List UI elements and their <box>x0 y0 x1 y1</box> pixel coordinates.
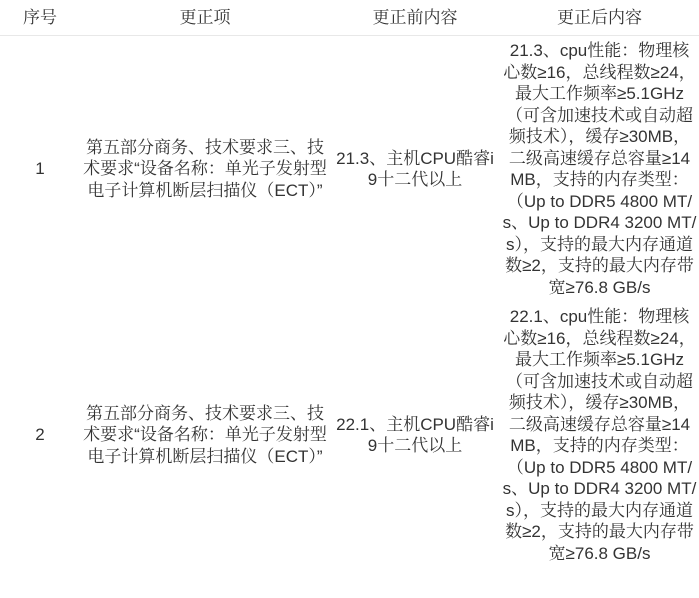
cell-content-before: 22.1、主机CPU酷睿i9十二代以上 <box>330 302 500 568</box>
cell-correction-item: 第五部分商务、技术要求三、技术要求“设备名称：单光子发射型电子计算机断层扫描仪（… <box>80 302 330 568</box>
cell-content-after: 22.1、cpu性能：物理核心数≥16，总线程数≥24，最大工作频率≥5.1GH… <box>500 302 699 568</box>
table-row: 1 第五部分商务、技术要求三、技术要求“设备名称：单光子发射型电子计算机断层扫描… <box>0 36 699 303</box>
cell-row-number: 2 <box>0 302 80 568</box>
cell-content-before: 21.3、主机CPU酷睿i9十二代以上 <box>330 36 500 303</box>
table-row: 2 第五部分商务、技术要求三、技术要求“设备名称：单光子发射型电子计算机断层扫描… <box>0 302 699 568</box>
column-header-content-after: 更正后内容 <box>500 0 699 36</box>
correction-table: 序号 更正项 更正前内容 更正后内容 1 第五部分商务、技术要求三、技术要求“设… <box>0 0 699 568</box>
column-header-correction-item: 更正项 <box>80 0 330 36</box>
cell-correction-item: 第五部分商务、技术要求三、技术要求“设备名称：单光子发射型电子计算机断层扫描仪（… <box>80 36 330 303</box>
column-header-index: 序号 <box>0 0 80 36</box>
column-header-content-before: 更正前内容 <box>330 0 500 36</box>
cell-row-number: 1 <box>0 36 80 303</box>
cell-content-after: 21.3、cpu性能：物理核心数≥16，总线程数≥24，最大工作频率≥5.1GH… <box>500 36 699 303</box>
header-row: 序号 更正项 更正前内容 更正后内容 <box>0 0 699 36</box>
